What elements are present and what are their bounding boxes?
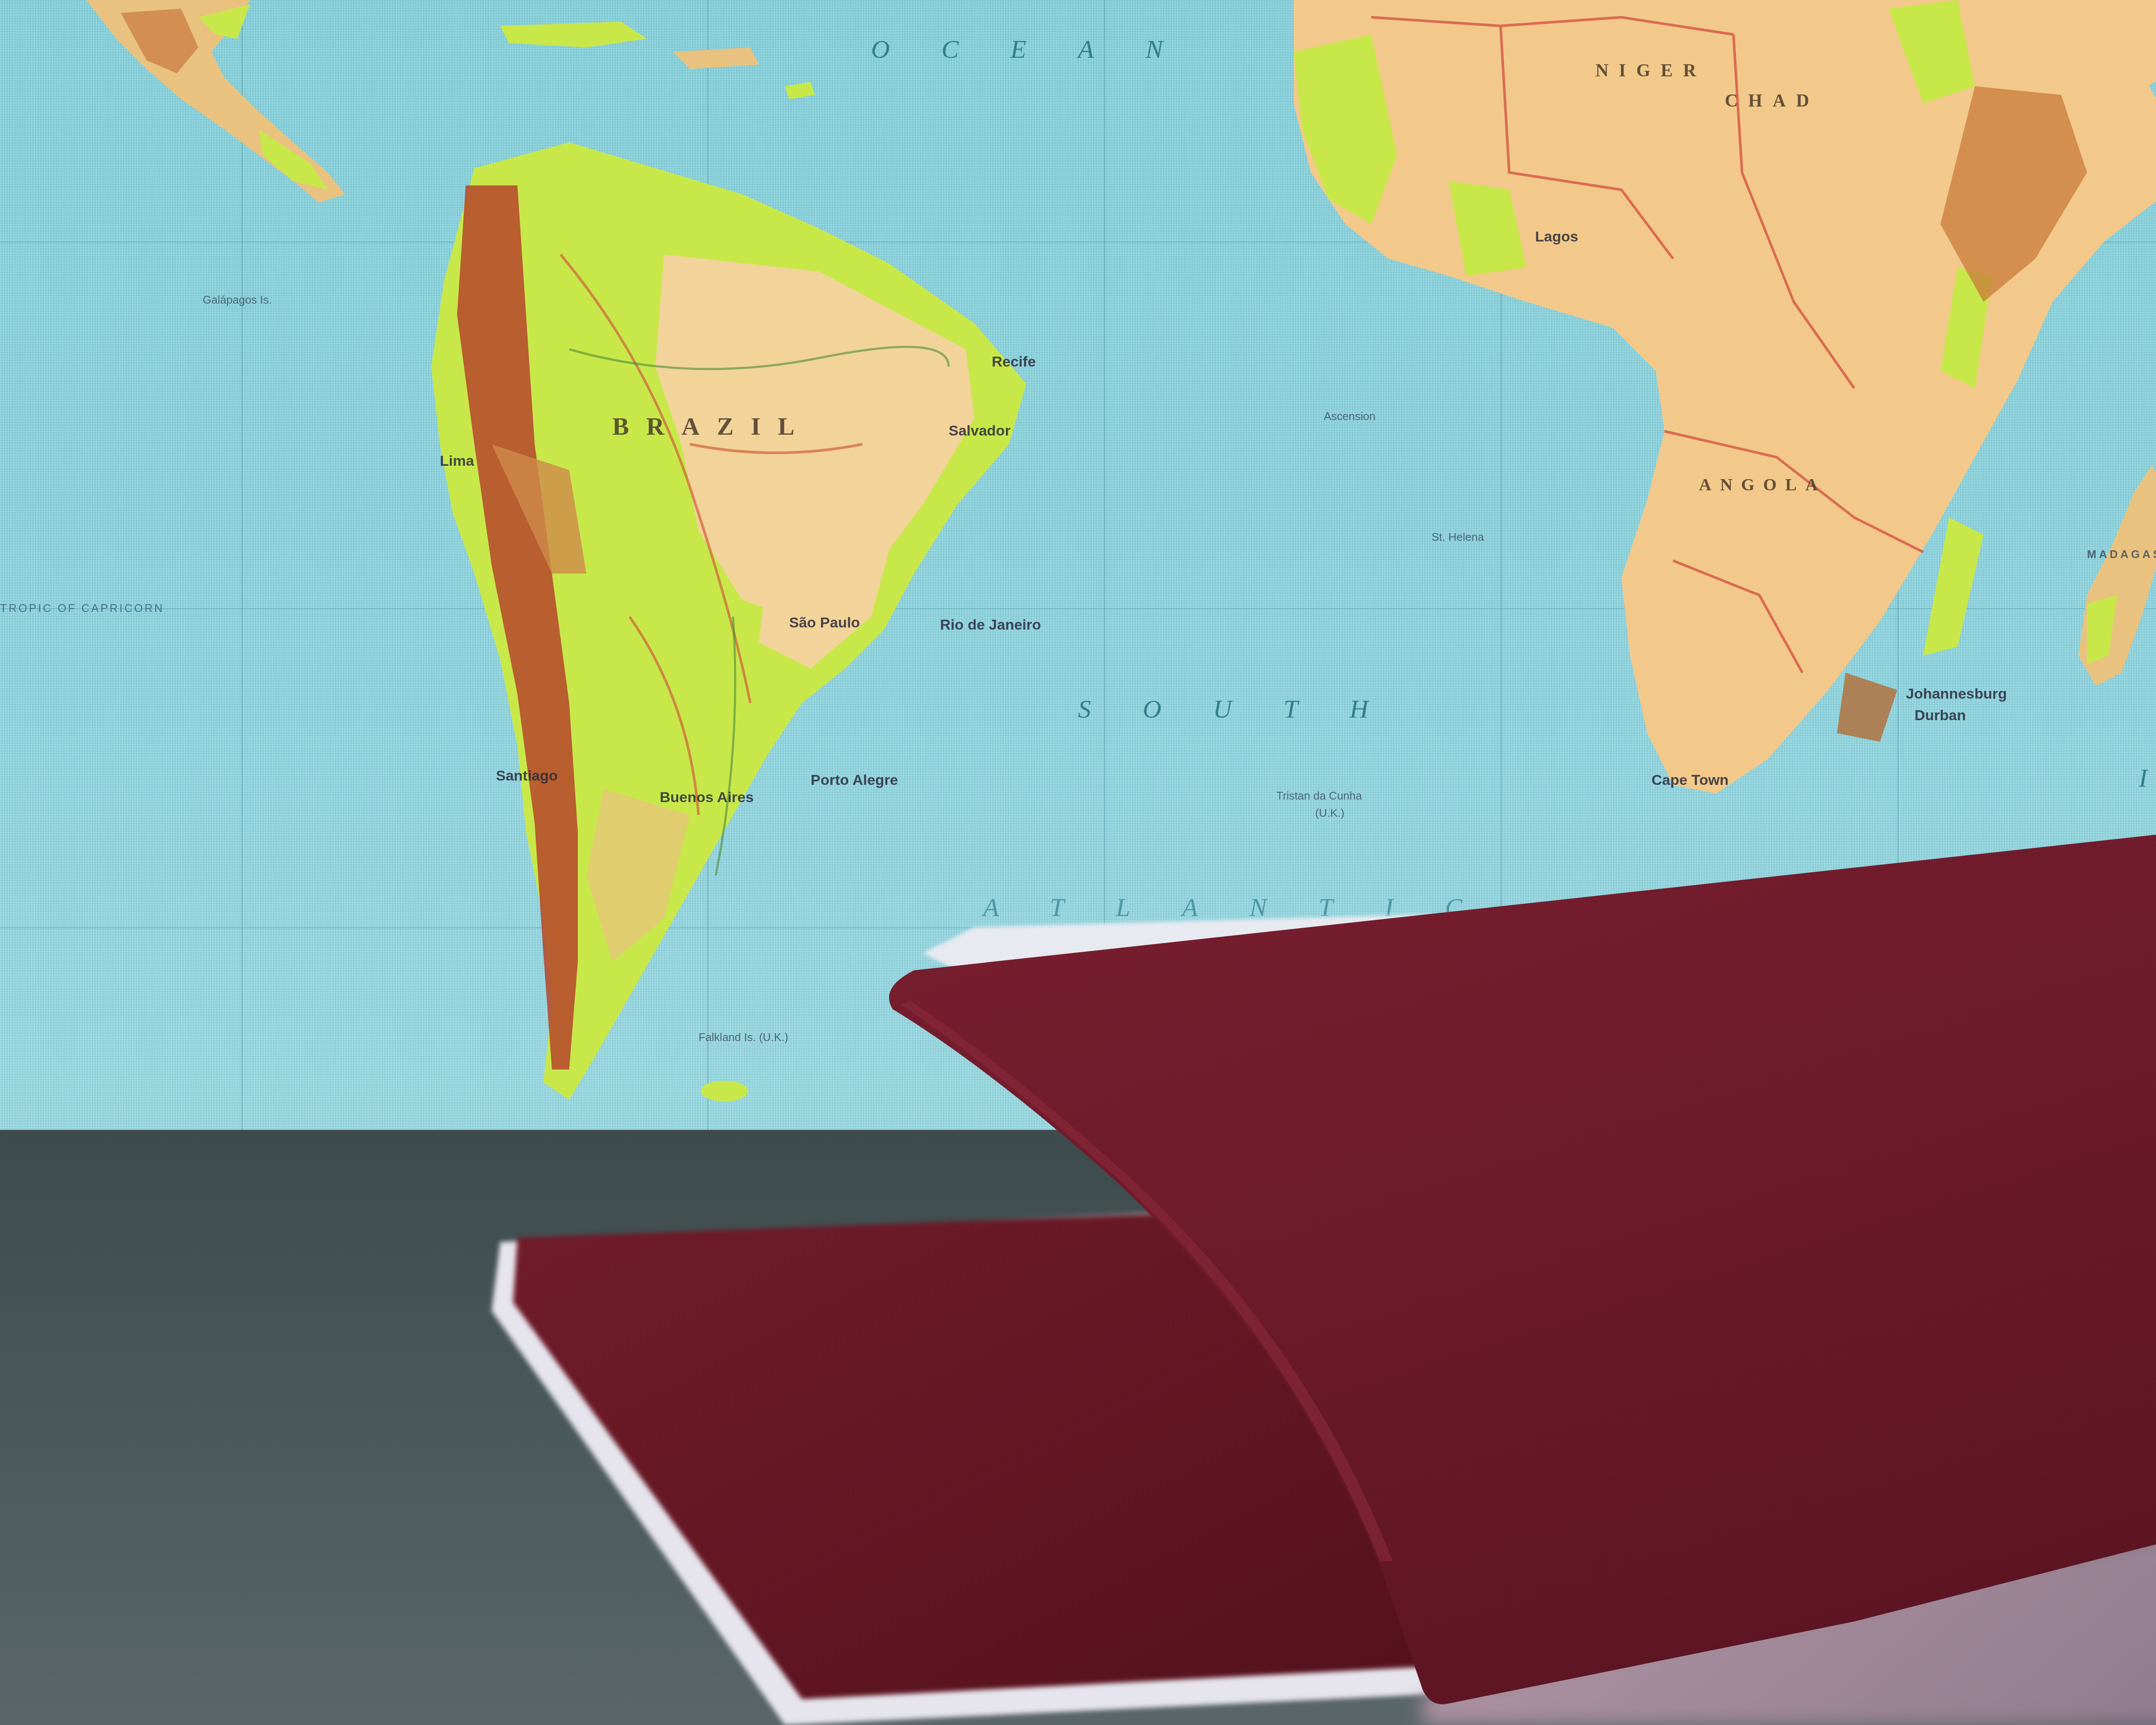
city-label-sao-paulo: São Paulo [789,615,860,631]
city-label-porto-alegre: Porto Alegre [811,772,898,789]
front-passport[interactable] [862,789,2156,1725]
city-label-buenos-aires: Buenos Aires [660,789,754,806]
city-label-rio: Rio de Janeiro [940,617,1041,634]
city-label-lagos: Lagos [1535,229,1578,245]
city-label-johannesburg: Johannesburg [1906,686,2007,703]
tropic-label-left: TROPIC OF CAPRICORN [0,602,164,615]
country-label-chad: CHAD [1725,91,1820,111]
caribbean-islands [457,9,845,147]
island-label-ascension: Ascension [1324,410,1376,423]
city-label-salvador: Salvador [949,423,1011,439]
ocean-label-south: SOUTH [1078,694,1420,724]
island-label-madagascar: MADAGASCAR [2087,548,2156,561]
island-label-st-helena: St. Helena [1432,530,1484,544]
country-label-angola: ANGOLA [1699,474,1827,495]
city-label-lima: Lima [440,453,474,470]
arabia-landmass [2053,0,2156,138]
island-label-galapagos: Galápagos Is. [203,293,272,307]
country-label-brazil: BRAZIL [612,412,812,441]
country-label-niger: NIGER [1595,60,1707,81]
ocean-label-atlantic: OCEAN [871,34,1215,64]
falkland-islands [699,1078,750,1104]
city-label-recife: Recife [992,354,1036,370]
ocean-label-indian: INDIAN [2139,763,2156,793]
city-label-santiago: Santiago [496,768,558,784]
city-label-durban: Durban [1915,707,1966,724]
island-label-falklands: Falkland Is. (U.K.) [699,1031,788,1044]
madagascar-landmass [2070,466,2156,690]
city-label-cape-town: Cape Town [1651,772,1729,789]
